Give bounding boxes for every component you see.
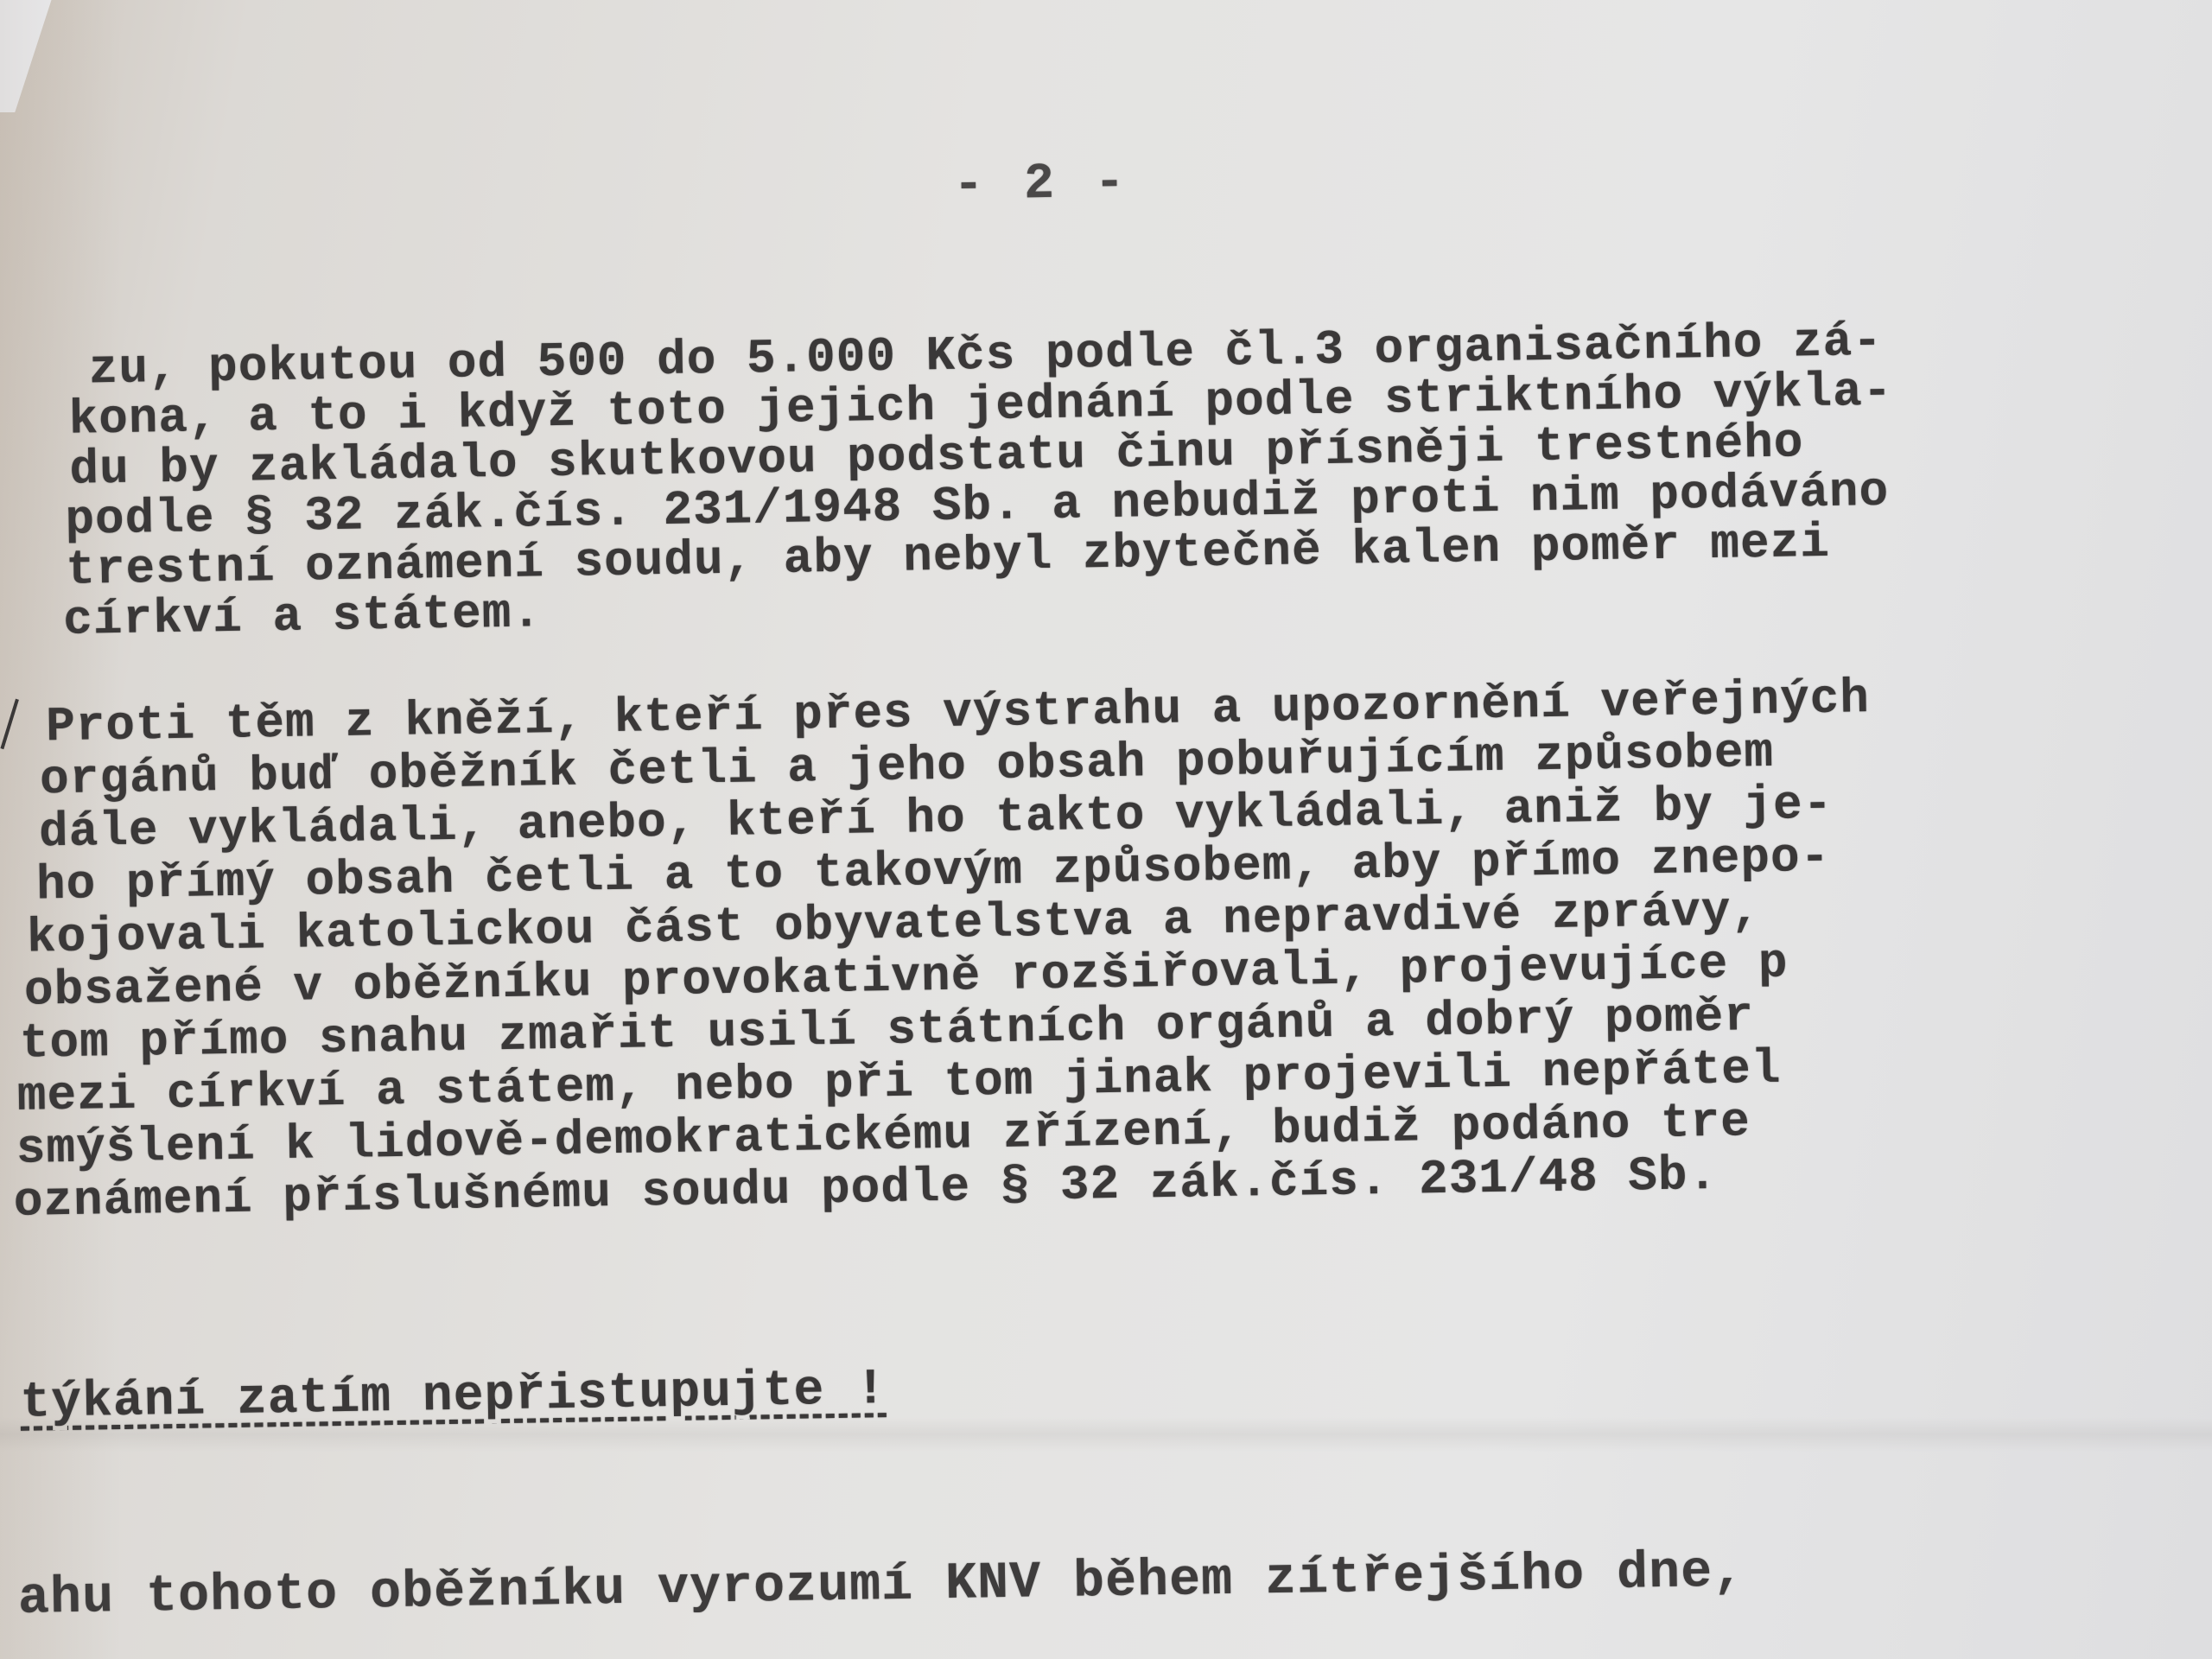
paragraph-fine-clause: zu, pokutou od 500 do 5.000 Kčs podle čl… (88, 309, 2212, 645)
page-number: - 2 - (953, 155, 1130, 213)
text-line: ahu tohoto oběžníku vyrozumí KNV během z… (18, 1536, 2212, 1628)
document-photo: - 2 - zu, pokutou od 500 do 5.000 Kčs po… (0, 0, 2212, 1659)
paragraph-knv-notice: ahu tohoto oběžníku vyrozumí KNV během z… (18, 1536, 2212, 1628)
paragraph-priests-clause: Proti těm z kněží, kteří přes výstrahu a… (46, 666, 2212, 1228)
